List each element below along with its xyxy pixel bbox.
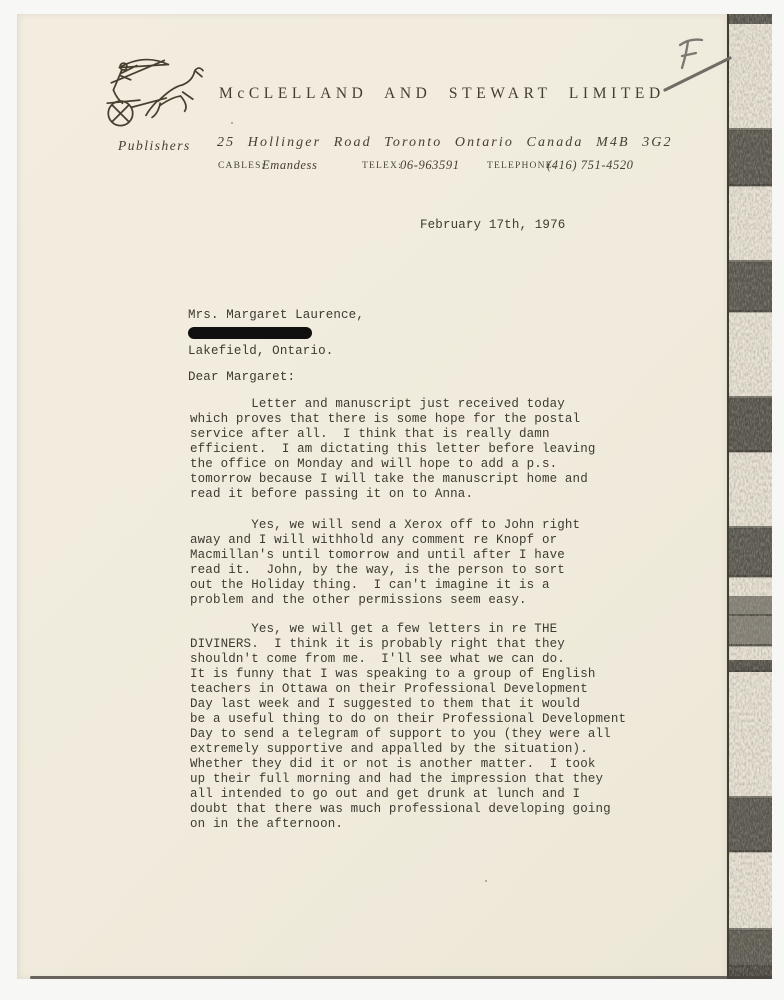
publishers-descriptor: Publishers (118, 138, 191, 154)
paper-speck (485, 880, 487, 882)
scan-edge-line (30, 976, 772, 979)
recipient-city: Lakefield, Ontario. (188, 344, 333, 359)
company-name: McCLELLAND AND STEWART LIMITED (219, 85, 665, 103)
telex-label: TELEX: (362, 161, 402, 171)
letter-date: February 17th, 1976 (420, 218, 565, 233)
handwritten-file-mark (638, 28, 738, 100)
cables-label: CABLES: (218, 161, 265, 171)
paper-speck (231, 122, 233, 124)
salutation: Dear Margaret: (188, 370, 295, 385)
paragraph-2: Yes, we will send a Xerox off to John ri… (190, 518, 580, 608)
telex-value: 06-963591 (400, 158, 460, 173)
redaction-bar (188, 327, 312, 339)
letter-page: McCLELLAND AND STEWART LIMITED Publisher… (18, 14, 727, 979)
paragraph-3: Yes, we will get a few letters in re THE… (190, 622, 626, 832)
paper-speck (468, 220, 470, 222)
book-edge-strip (727, 14, 772, 979)
paragraph-1: Letter and manuscript just received toda… (190, 397, 596, 502)
archer-chariot-logo-icon (93, 52, 205, 134)
company-address: 25 Hollinger Road Toronto Ontario Canada… (217, 135, 673, 151)
telephone-value: (416) 751-4520 (547, 158, 634, 173)
scanned-letter: McCLELLAND AND STEWART LIMITED Publisher… (0, 0, 784, 1000)
cables-value: Emandess (262, 158, 318, 173)
recipient-name: Mrs. Margaret Laurence, (188, 308, 364, 323)
